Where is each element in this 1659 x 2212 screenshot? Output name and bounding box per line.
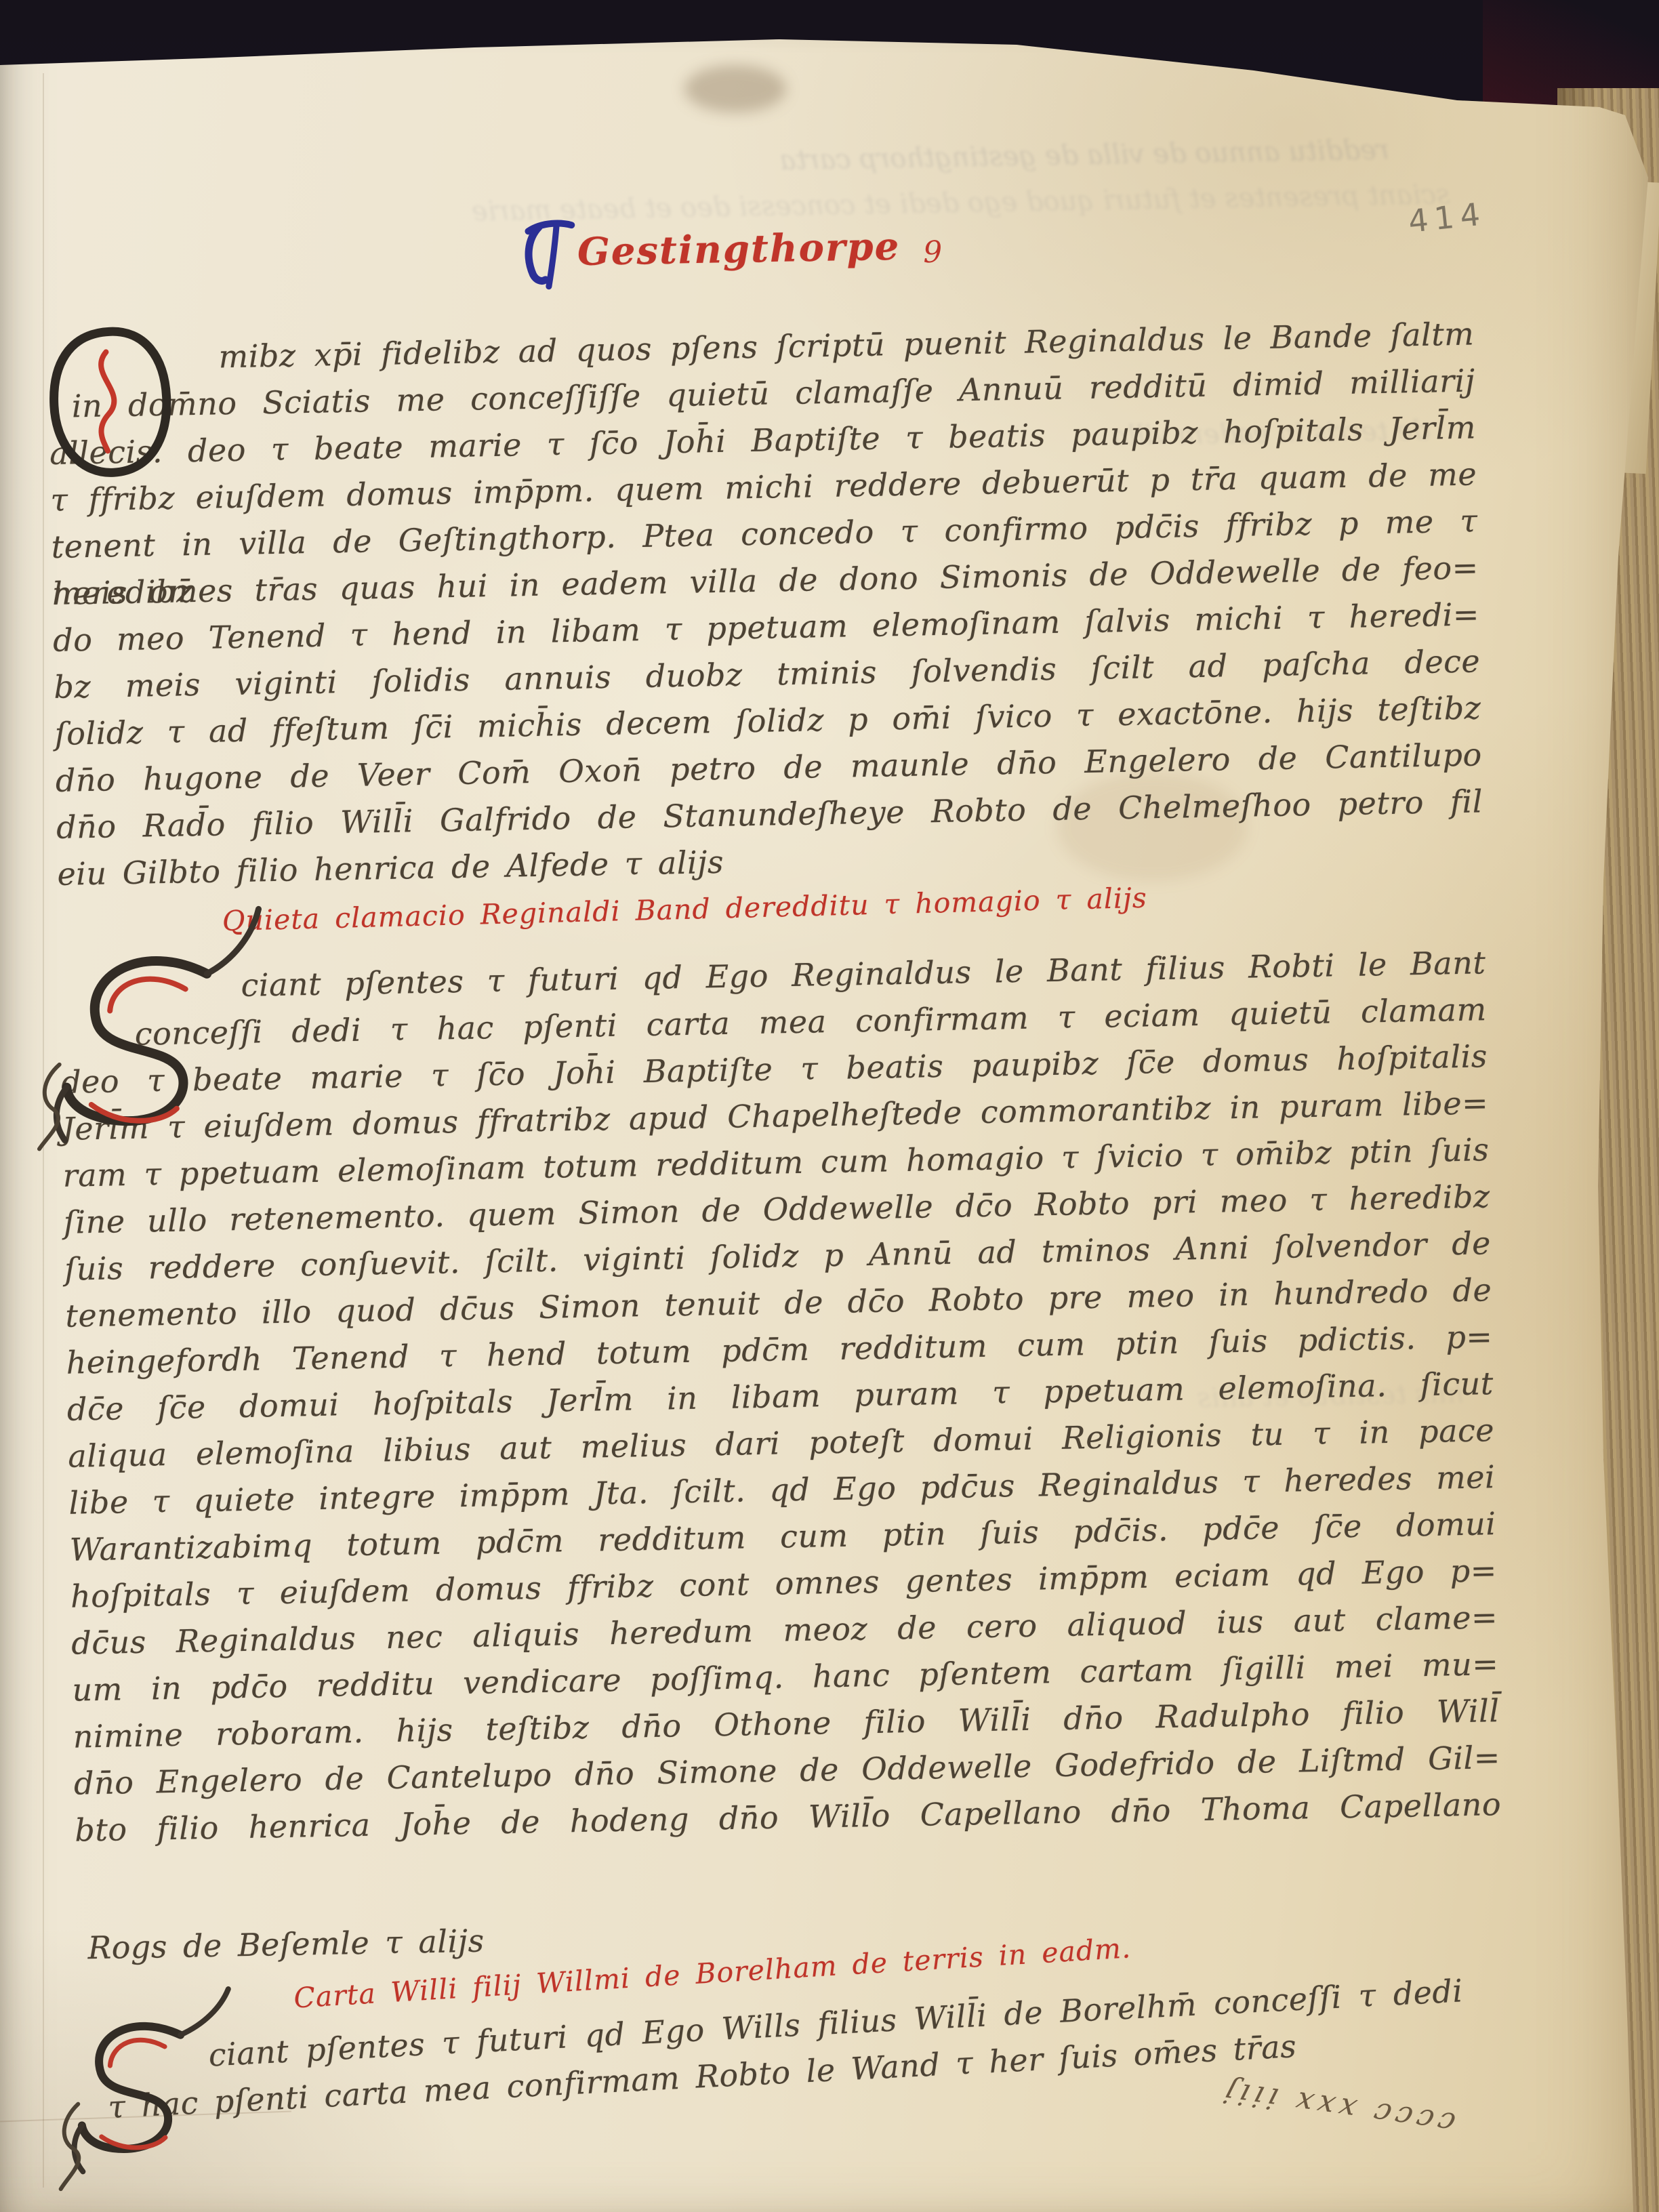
illuminated-initial-o-icon	[38, 321, 183, 486]
illuminated-initial-s-icon	[44, 945, 251, 1151]
paraph-mark-icon	[523, 218, 577, 289]
margin-flourish-icon	[31, 1065, 73, 1153]
charter-2: ciant pſentes τ futuri qd Ego Reginaldus…	[59, 939, 1502, 1853]
heading-terminal-mark: 9	[923, 235, 943, 270]
place-heading: Gestingthorpe	[577, 213, 901, 286]
parchment-page: redditu annuo de villa de gestingthorp c…	[0, 0, 1659, 2212]
text-block: mibz xp̄i fidelibz ad quos pſens ſcriptū…	[47, 310, 1507, 2166]
manuscript-photo: redditu annuo de villa de gestingthorp c…	[0, 0, 1659, 2212]
margin-flourish-icon	[49, 2104, 95, 2194]
charter-1: mibz xp̄i fidelibz ad quos pſens ſcriptū…	[47, 310, 1484, 897]
section-heading: Gestingthorpe 9	[523, 212, 943, 290]
parchment-stain	[684, 65, 786, 112]
show-through-text: redditu annuo de villa de gestingthorp c…	[169, 134, 1390, 190]
witness-line: Rogs de Beſemle τ alijs	[87, 1918, 485, 1972]
folio-number: 414	[1406, 195, 1488, 240]
